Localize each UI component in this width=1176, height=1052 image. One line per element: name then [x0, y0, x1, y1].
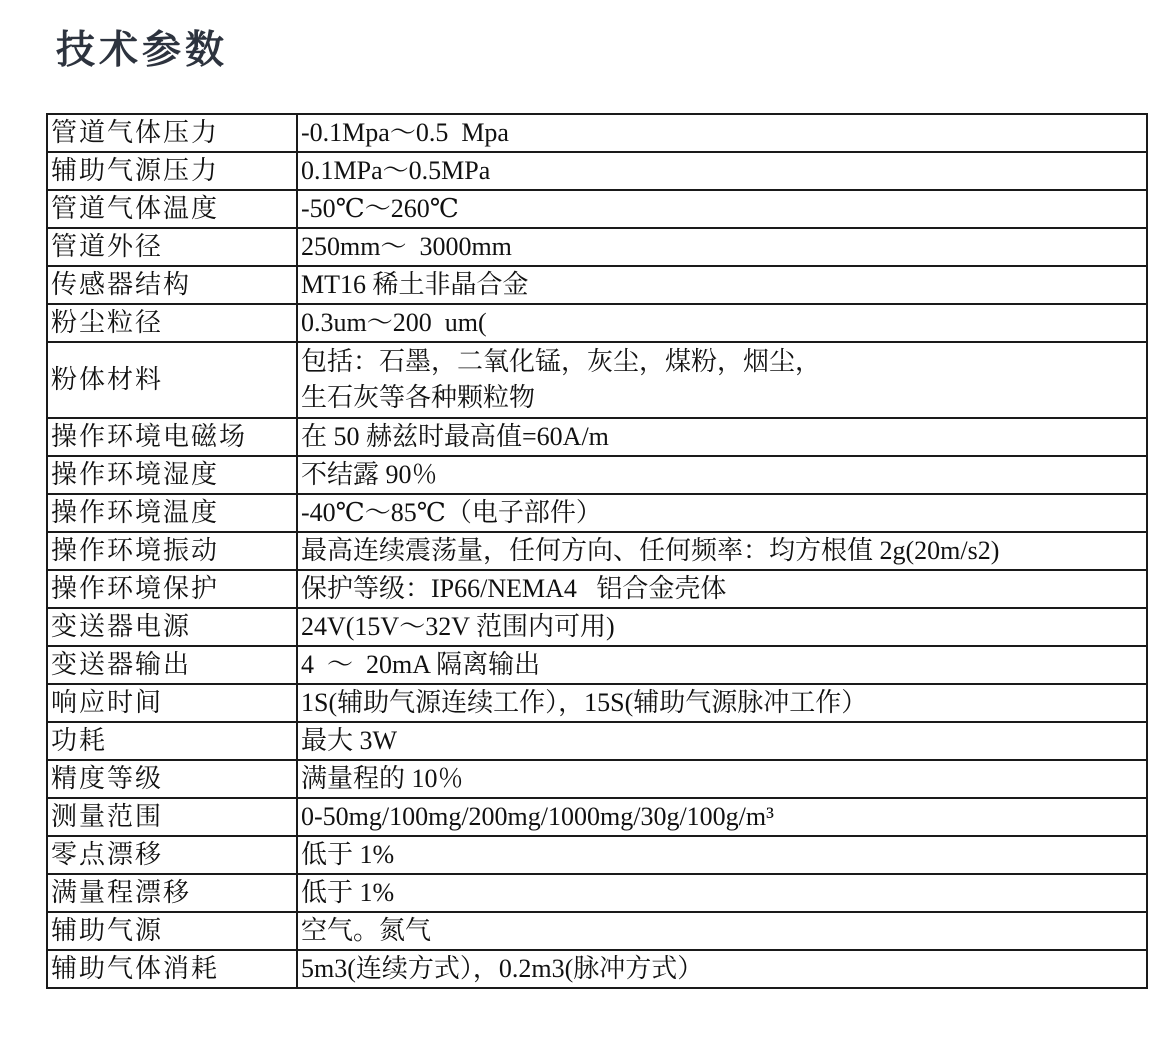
- param-name-cell: 管道外径: [47, 228, 297, 266]
- table-row: 变送器输出 4 ～ 20mA 隔离输出: [47, 646, 1147, 684]
- param-name-cell: 测量范围: [47, 798, 297, 836]
- param-value-cell: 在 50 赫兹时最高值=60A/m: [297, 418, 1147, 456]
- param-name-cell: 零点漂移: [47, 836, 297, 874]
- table-row: 操作环境温度 -40℃～85℃（电子部件）: [47, 494, 1147, 532]
- param-value-cell: 4 ～ 20mA 隔离输出: [297, 646, 1147, 684]
- table-row: 粉体材料 包括：石墨，二氧化锰，灰尘，煤粉，烟尘， 生石灰等各种颗粒物: [47, 342, 1147, 418]
- param-value-cell: 最高连续震荡量，任何方向、任何频率：均方根值 2g(20m/s2): [297, 532, 1147, 570]
- param-value-cell: 1S(辅助气源连续工作），15S(辅助气源脉冲工作）: [297, 684, 1147, 722]
- table-row: 操作环境振动 最高连续震荡量，任何方向、任何频率：均方根值 2g(20m/s2): [47, 532, 1147, 570]
- param-value-cell: 5m3(连续方式），0.2m3(脉冲方式）: [297, 950, 1147, 988]
- param-name-cell: 功耗: [47, 722, 297, 760]
- table-row: 操作环境保护 保护等级：IP66/NEMA4 铝合金壳体: [47, 570, 1147, 608]
- table-row: 辅助气体消耗 5m3(连续方式），0.2m3(脉冲方式）: [47, 950, 1147, 988]
- param-value-cell: 低于 1%: [297, 874, 1147, 912]
- param-value-cell: 满量程的 10％: [297, 760, 1147, 798]
- param-value-cell: 最大 3W: [297, 722, 1147, 760]
- document-page: 技术参数 管道气体压力 -0.1Mpa～0.5 Mpa 辅助气源压力 0.1MP…: [0, 0, 1176, 1052]
- table-row: 测量范围 0-50mg/100mg/200mg/1000mg/30g/100g/…: [47, 798, 1147, 836]
- param-value-cell: 低于 1%: [297, 836, 1147, 874]
- param-value-cell: 包括：石墨，二氧化锰，灰尘，煤粉，烟尘， 生石灰等各种颗粒物: [297, 342, 1147, 418]
- param-name-cell: 辅助气源: [47, 912, 297, 950]
- param-name-cell: 精度等级: [47, 760, 297, 798]
- param-name-cell: 变送器输出: [47, 646, 297, 684]
- table-row: 辅助气源 空气。氮气: [47, 912, 1147, 950]
- table-row: 粉尘粒径 0.3um～200 um(: [47, 304, 1147, 342]
- param-name-cell: 辅助气体消耗: [47, 950, 297, 988]
- param-value-cell: 0.1MPa～0.5MPa: [297, 152, 1147, 190]
- table-row: 变送器电源 24V(15V～32V 范围内可用): [47, 608, 1147, 646]
- param-value-cell: 不结露 90％: [297, 456, 1147, 494]
- table-row: 零点漂移 低于 1%: [47, 836, 1147, 874]
- param-value-cell: 24V(15V～32V 范围内可用): [297, 608, 1147, 646]
- param-value-cell: -40℃～85℃（电子部件）: [297, 494, 1147, 532]
- param-value-cell: 0-50mg/100mg/200mg/1000mg/30g/100g/m³: [297, 798, 1147, 836]
- param-name-cell: 响应时间: [47, 684, 297, 722]
- table-row: 管道外径 250mm～ 3000mm: [47, 228, 1147, 266]
- param-name-cell: 管道气体温度: [47, 190, 297, 228]
- table-row: 精度等级 满量程的 10％: [47, 760, 1147, 798]
- table-row: 辅助气源压力 0.1MPa～0.5MPa: [47, 152, 1147, 190]
- table-row: 传感器结构 MT16 稀土非晶合金: [47, 266, 1147, 304]
- param-name-cell: 操作环境电磁场: [47, 418, 297, 456]
- table-row: 响应时间 1S(辅助气源连续工作），15S(辅助气源脉冲工作）: [47, 684, 1147, 722]
- page-title: 技术参数: [56, 30, 228, 73]
- param-name-cell: 变送器电源: [47, 608, 297, 646]
- param-name-cell: 操作环境振动: [47, 532, 297, 570]
- param-name-cell: 管道气体压力: [47, 114, 297, 152]
- param-name-cell: 粉尘粒径: [47, 304, 297, 342]
- param-value-cell: 保护等级：IP66/NEMA4 铝合金壳体: [297, 570, 1147, 608]
- param-name-cell: 传感器结构: [47, 266, 297, 304]
- table-row: 功耗 最大 3W: [47, 722, 1147, 760]
- parameters-table-body: 管道气体压力 -0.1Mpa～0.5 Mpa 辅助气源压力 0.1MPa～0.5…: [47, 114, 1147, 988]
- param-value-cell: 250mm～ 3000mm: [297, 228, 1147, 266]
- table-row: 操作环境电磁场 在 50 赫兹时最高值=60A/m: [47, 418, 1147, 456]
- param-value-cell: 空气。氮气: [297, 912, 1147, 950]
- param-value-cell: 0.3um～200 um(: [297, 304, 1147, 342]
- param-name-cell: 满量程漂移: [47, 874, 297, 912]
- technical-parameters-table: 管道气体压力 -0.1Mpa～0.5 Mpa 辅助气源压力 0.1MPa～0.5…: [46, 113, 1148, 989]
- table-row: 满量程漂移 低于 1%: [47, 874, 1147, 912]
- param-name-cell: 操作环境湿度: [47, 456, 297, 494]
- table-row: 操作环境湿度 不结露 90％: [47, 456, 1147, 494]
- param-value-cell: -0.1Mpa～0.5 Mpa: [297, 114, 1147, 152]
- table-row: 管道气体温度 -50℃～260℃: [47, 190, 1147, 228]
- param-value-cell: MT16 稀土非晶合金: [297, 266, 1147, 304]
- param-name-cell: 粉体材料: [47, 342, 297, 418]
- table-row: 管道气体压力 -0.1Mpa～0.5 Mpa: [47, 114, 1147, 152]
- param-name-cell: 辅助气源压力: [47, 152, 297, 190]
- param-name-cell: 操作环境保护: [47, 570, 297, 608]
- param-name-cell: 操作环境温度: [47, 494, 297, 532]
- param-value-cell: -50℃～260℃: [297, 190, 1147, 228]
